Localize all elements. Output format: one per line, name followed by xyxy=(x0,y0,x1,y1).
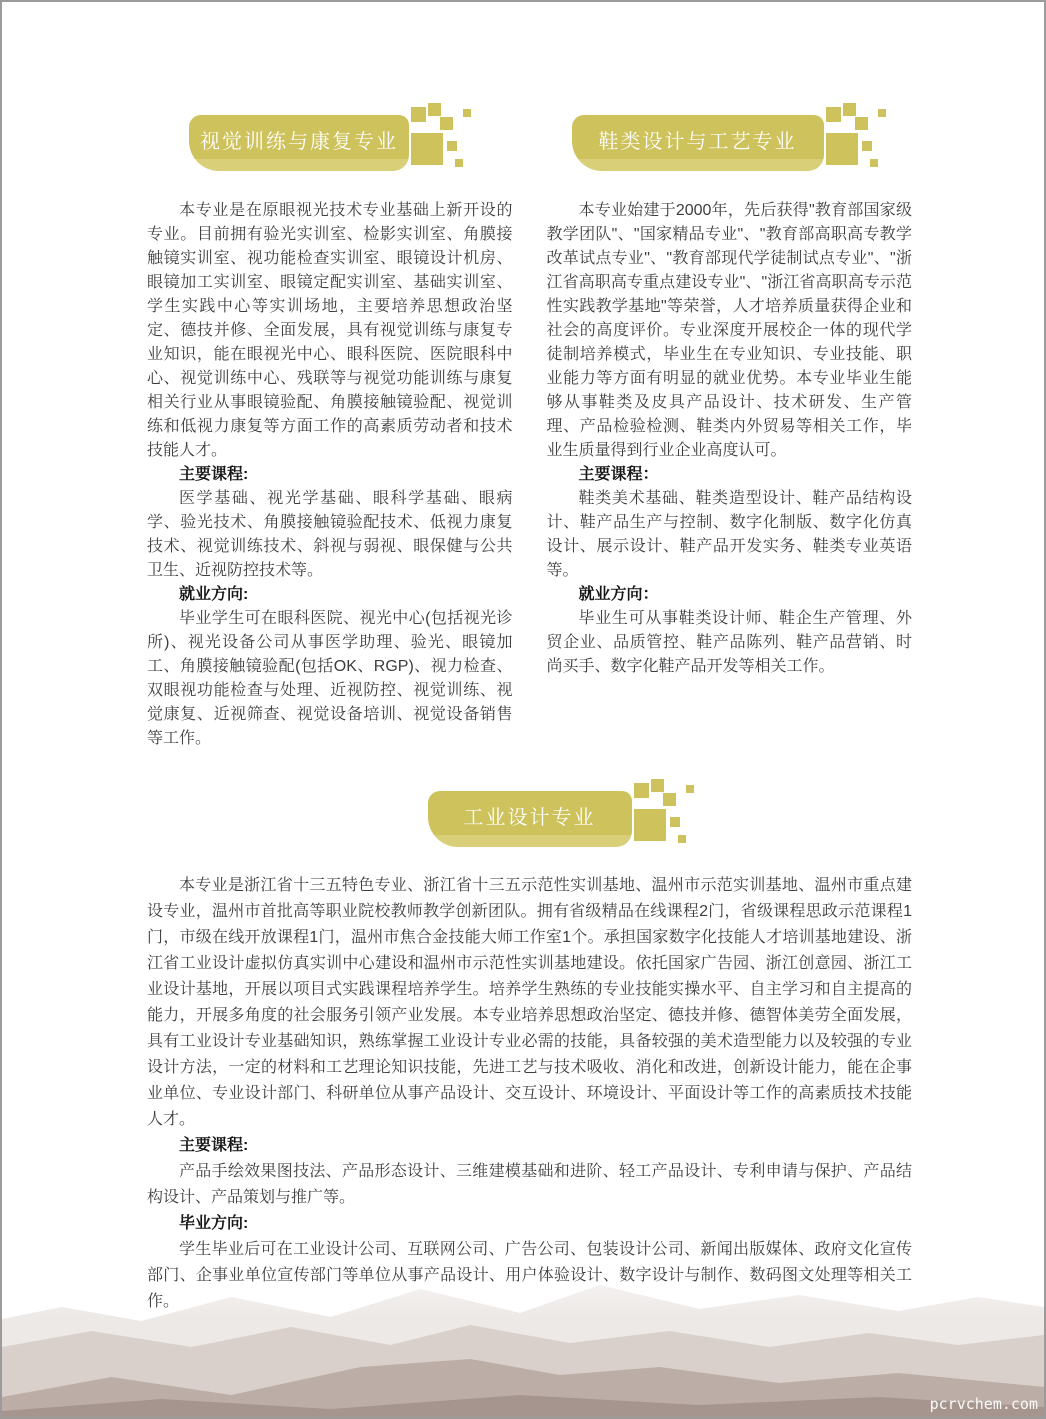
paragraph-courses: 鞋类美术基础、鞋类造型设计、鞋产品结构设计、鞋产品生产与控制、数字化制版、数字化… xyxy=(547,487,913,583)
pixel-mosaic-icon xyxy=(824,101,894,181)
banner-title: 工业设计专业 xyxy=(464,801,596,838)
watermark-text: pcrvchem.com xyxy=(930,1395,1038,1413)
banner-footwear-design: 鞋类设计与工艺专业 xyxy=(547,115,913,171)
heading-employment: 就业方向: xyxy=(147,583,513,607)
banner-title: 鞋类设计与工艺专业 xyxy=(599,125,797,162)
paragraph-intro: 本专业是在原眼视光技术专业基础上新开设的专业。目前拥有验光实训室、检影实训室、角… xyxy=(147,199,513,463)
pixel-mosaic-icon xyxy=(409,101,479,181)
banner-ribbon: 工业设计专业 xyxy=(428,791,632,847)
paragraph-graduation: 学生毕业后可在工业设计公司、互联网公司、广告公司、包装设计公司、新闻出版媒体、政… xyxy=(147,1237,912,1315)
two-column-area: 视觉训练与康复专业 本专业是在原眼视光技术专业基础上新开设的专业。目前拥有验光实… xyxy=(147,115,912,751)
banner-visual-training: 视觉训练与康复专业 xyxy=(147,115,513,171)
paragraph-courses: 医学基础、视光学基础、眼科学基础、眼病学、验光技术、角膜接触镜验配技术、低视力康… xyxy=(147,487,513,583)
banner-title: 视觉训练与康复专业 xyxy=(200,125,398,162)
banner-ribbon: 视觉训练与康复专业 xyxy=(189,115,409,171)
section-visual-training: 视觉训练与康复专业 本专业是在原眼视光技术专业基础上新开设的专业。目前拥有验光实… xyxy=(147,115,513,751)
pixel-mosaic-icon xyxy=(632,777,702,857)
paragraph-intro: 本专业是浙江省十三五特色专业、浙江省十三五示范性实训基地、温州市示范实训基地、温… xyxy=(147,873,912,1133)
paragraph-intro: 本专业始建于2000年，先后获得"教育部国家级教学团队"、"国家精品专业"、"教… xyxy=(547,199,913,463)
brochure-page: 视觉训练与康复专业 本专业是在原眼视光技术专业基础上新开设的专业。目前拥有验光实… xyxy=(0,0,1046,1419)
section-industrial-design: 工业设计专业 本专业是浙江省十三五特色专业、浙江省十三五示范性实训基地、温州市示… xyxy=(147,791,912,1315)
heading-main-courses: 主要课程: xyxy=(147,1133,912,1159)
heading-main-courses: 主要课程: xyxy=(147,463,513,487)
paragraph-employment: 毕业生可从事鞋类设计师、鞋企生产管理、外贸企业、品质管控、鞋产品陈列、鞋产品营销… xyxy=(547,607,913,679)
heading-graduation: 毕业方向: xyxy=(147,1211,912,1237)
banner-ribbon: 鞋类设计与工艺专业 xyxy=(572,115,824,171)
page-content: 视觉训练与康复专业 本专业是在原眼视光技术专业基础上新开设的专业。目前拥有验光实… xyxy=(2,2,1044,1315)
banner-industrial-design: 工业设计专业 xyxy=(428,791,632,847)
section-footwear-design: 鞋类设计与工艺专业 本专业始建于2000年，先后获得"教育部国家级教学团队"、"… xyxy=(547,115,913,751)
heading-employment: 就业方向： xyxy=(547,583,913,607)
heading-main-courses: 主要课程： xyxy=(547,463,913,487)
paragraph-employment: 毕业学生可在眼科医院、视光中心(包括视光诊所)、视光设备公司从事医学助理、验光、… xyxy=(147,607,513,751)
paragraph-courses: 产品手绘效果图技法、产品形态设计、三维建模基础和进阶、轻工产品设计、专利申请与保… xyxy=(147,1159,912,1211)
